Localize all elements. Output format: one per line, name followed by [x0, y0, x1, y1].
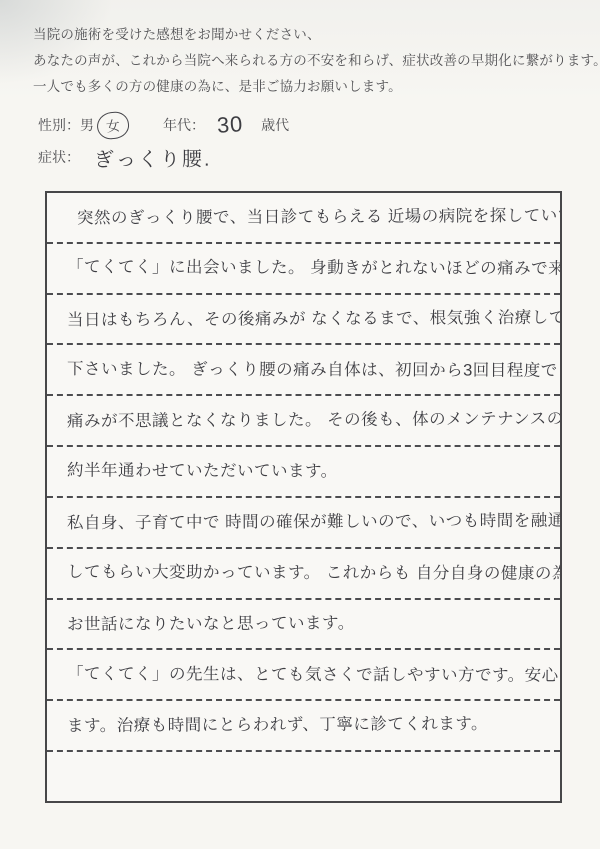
feedback-line: 痛みが不思議となくなりました。 その後も、体のメンテナンスの意味で — [47, 396, 560, 447]
feedback-line-text: 私自身、子育て中で 時間の確保が難しいので、いつも時間を融通 — [67, 513, 560, 532]
feedback-line: 「てくてく」の先生は、とても気さくで話しやすい方です。安心して来院でき — [47, 650, 560, 701]
feedback-line-text: 約半年通わせていただいています。 — [67, 463, 338, 480]
intro-line-2: あなたの声が、これから当院へ来られる方の不安を和らげ、症状改善の早期化に繋がりま… — [33, 48, 589, 74]
gender-option-male: 男 — [80, 115, 94, 135]
feedback-line: 「てくてく」に出会いました。 身動きがとれないほどの痛みで来院し、 — [47, 244, 560, 295]
feedback-line-text: ます。治療も時間にとらわれず、丁寧に診てくれます。 — [67, 716, 488, 735]
gender-label: 性別： — [38, 115, 80, 135]
feedback-line-text: 突然のぎっくり腰で、当日診てもらえる 近場の病院を探していて、 — [77, 208, 560, 227]
feedback-line: 当日はもちろん、その後痛みが なくなるまで、根気強く治療して — [47, 295, 560, 346]
symptom-row: 症状： ぎっくり腰. — [38, 142, 212, 172]
intro-text: 当院の施術を受けた感想をお聞かせください、 あなたの声が、これから当院へ来られる… — [33, 22, 589, 100]
feedback-line-text: 痛みが不思議となくなりました。 その後も、体のメンテナンスの意味で — [67, 411, 560, 430]
intro-line-3: 一人でも多くの方の健康の為に、是非ご協力お願いします。 — [33, 74, 589, 100]
feedback-line-empty — [47, 752, 560, 801]
feedback-line: 突然のぎっくり腰で、当日診てもらえる 近場の病院を探していて、 — [47, 193, 560, 244]
feedback-line: してもらい大変助かっています。 これからも 自分自身の健康の為に、 — [47, 549, 560, 600]
intro-line-1: 当院の施術を受けた感想をお聞かせください、 — [33, 22, 589, 48]
feedback-line-text: お世話になりたいなと思っています。 — [67, 615, 355, 633]
gender-age-row: 性別： 男 女 年代： 30 歳代 — [38, 108, 289, 142]
feedback-line: お世話になりたいなと思っています。 — [47, 600, 560, 651]
feedback-line-text: してもらい大変助かっています。 これからも 自分自身の健康の為に、 — [67, 564, 560, 582]
symptom-label: 症状： — [38, 147, 80, 167]
symptom-value-handwritten: ぎっくり腰. — [94, 142, 212, 172]
feedback-writing-box: 突然のぎっくり腰で、当日診てもらえる 近場の病院を探していて、 「てくてく」に出… — [45, 191, 562, 803]
age-value-handwritten: 30 — [216, 111, 244, 139]
feedback-line: ます。治療も時間にとらわれず、丁寧に診てくれます。 — [47, 701, 560, 752]
feedback-line: 下さいました。 ぎっくり腰の痛み自体は、初回から3回目程度で — [47, 345, 560, 396]
gender-option-female: 女 — [105, 114, 121, 135]
feedback-line-text: 下さいました。 ぎっくり腰の痛み自体は、初回から3回目程度で — [67, 361, 558, 379]
age-suffix: 歳代 — [261, 115, 289, 135]
selection-circle-mark: 女 — [96, 110, 131, 140]
feedback-line: 私自身、子育て中で 時間の確保が難しいので、いつも時間を融通 — [47, 498, 560, 549]
feedback-line: 約半年通わせていただいています。 — [47, 447, 560, 498]
age-label: 年代： — [163, 115, 205, 135]
feedback-line-text: 「てくてく」の先生は、とても気さくで話しやすい方です。安心して来院でき — [67, 666, 560, 685]
feedback-line-text: 「てくてく」に出会いました。 身動きがとれないほどの痛みで来院し、 — [67, 259, 560, 277]
feedback-line-text: 当日はもちろん、その後痛みが なくなるまで、根気強く治療して — [67, 310, 560, 329]
